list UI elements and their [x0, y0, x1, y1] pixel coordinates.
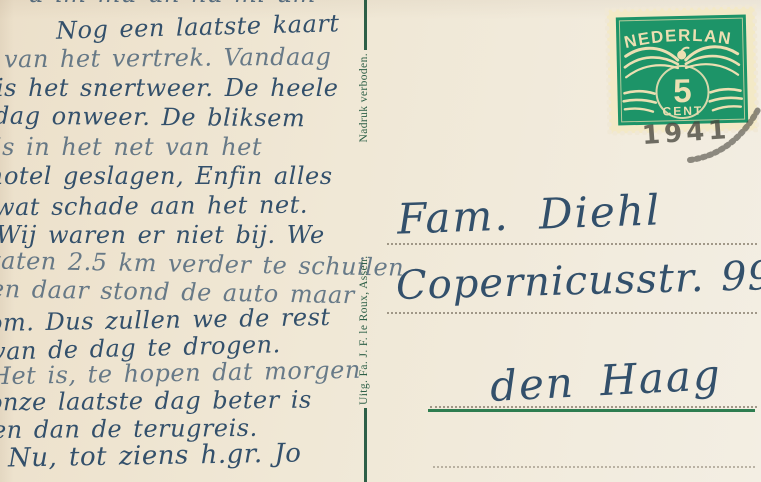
message-line: van het vertrek. Vandaag — [4, 42, 332, 75]
address-dotted-line — [433, 466, 755, 468]
message-line: hotel geslagen, Enfin alles — [0, 161, 333, 191]
message-line: wat schade aan het net. — [0, 190, 308, 223]
city-underline — [428, 409, 755, 412]
message-line: is het snertweer. De heele — [0, 73, 339, 103]
postcard-back: u im mu un nu mi um Nog een laatste kaar… — [0, 0, 761, 482]
address-street: Copernicusstr. 99 — [396, 261, 761, 301]
message-line: onze laatste dag beter is — [0, 385, 312, 418]
message-line: Nog een laatste kaart — [56, 8, 340, 45]
divider-line-bottom — [364, 408, 367, 482]
address-dotted-line — [387, 243, 757, 245]
copyright-notice: Nadruk verboden. — [358, 53, 370, 142]
address-city: den Haag — [489, 360, 722, 402]
publisher-imprint: Uitg. Fa. J. F. le Roux, Assen. — [358, 256, 370, 406]
printed-imprint: Uitg. Fa. J. F. le Roux, Assen. Nadruk v… — [355, 53, 372, 405]
message-line-partial: u im mu un nu mi um — [28, 0, 316, 9]
message-line-signature: Nu, tot ziens h.gr. Jo — [8, 438, 302, 473]
address-dotted-line — [430, 406, 757, 408]
address-name: Fam. Diehl — [397, 195, 662, 234]
message-line: is in het net van het — [0, 132, 262, 162]
message-line: dag onweer. De bliksem — [0, 101, 305, 134]
address-dotted-line — [387, 312, 757, 314]
divider-line-top — [364, 0, 367, 50]
postmark-arc — [612, 96, 761, 174]
